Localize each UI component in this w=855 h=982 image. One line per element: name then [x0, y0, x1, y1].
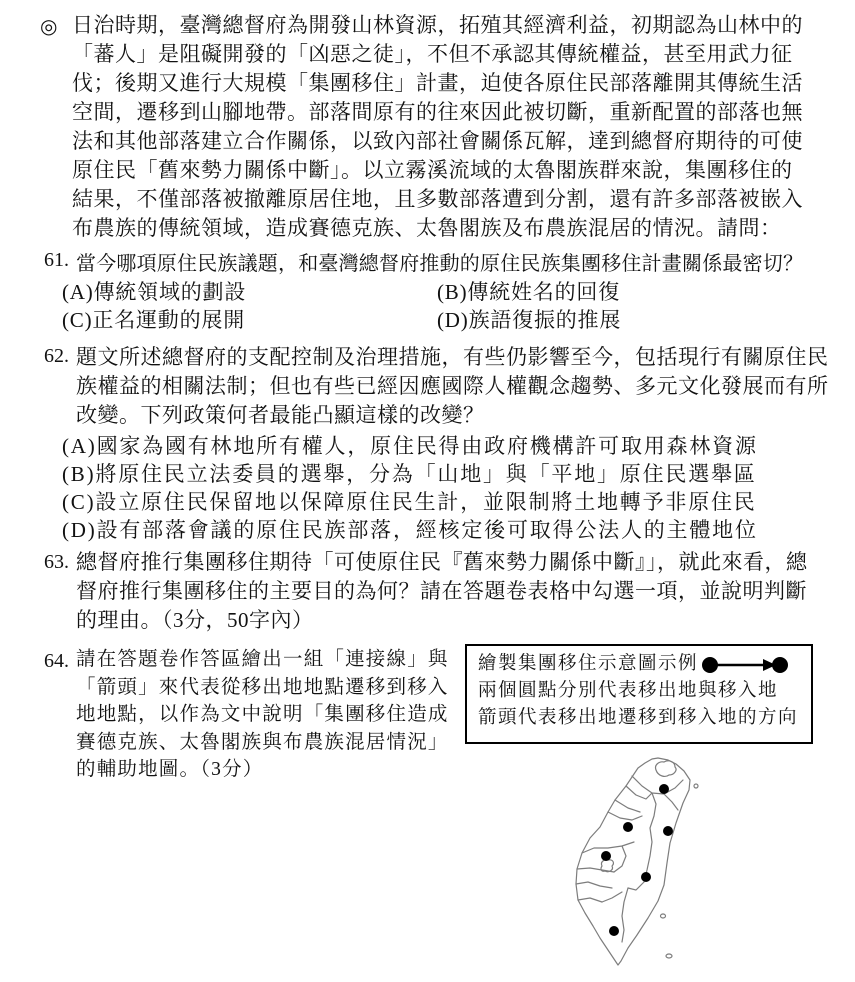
origin-dot-icon — [702, 657, 718, 673]
map-dot — [659, 784, 669, 794]
example-box-line: 箭頭代表移出地遷移到移入地的方向 — [478, 705, 811, 732]
question-stem-63: 總督府推行集團移住期待「可使原住民『舊來勢力關係中斷』」，就此來看，總 督府推行… — [76, 548, 808, 635]
option-label: (A) — [62, 280, 94, 304]
option-62-d: (D)設有部落會議的原住民族部落，經核定後可取得公法人的主體地位 — [62, 516, 758, 544]
stem-line: 賽德克族、太魯閣族與布農族混居情況」 — [76, 729, 449, 757]
stem-line: 督府推行集團移住的主要目的為何？請在答題卷表格中勾選一項，並說明判斷 — [76, 577, 808, 606]
option-text: 族語復振的推展 — [469, 308, 622, 332]
options-62: (A)國家為國有林地所有權人，原住民得由政府機構許可取用森林資源 (B)將原住民… — [62, 432, 758, 544]
intro-line: 結果，不僅部落被撤離原居住地，且多數部落遭到分割，還有許多部落被嵌入 — [72, 185, 803, 214]
map-dot — [601, 851, 611, 861]
question-stem-61: 當今哪項原住民族議題，和臺灣總督府推動的原住民族集團移住計畫關係最密切？ — [76, 247, 803, 276]
stem-line: 請在答題卷作答區繪出一組「連接線」與 — [76, 646, 449, 674]
stem-line: 改變。下列政策何者最能凸顯這樣的改變？ — [76, 401, 829, 430]
question-stem-64: 請在答題卷作答區繪出一組「連接線」與 「箭頭」來代表從移出地地點遷移到移入 地地… — [76, 646, 449, 784]
intro-line: 原住民「舊來勢力關係中斷」。以立霧溪流域的太魯閣族群來說，集團移住的 — [72, 156, 803, 185]
intro-paragraph: 日治時期，臺灣總督府為開發山林資源，拓殖其經濟利益，初期認為山林中的 「蕃人」是… — [72, 11, 803, 243]
option-text: 設立原住民保留地以保障原住民生計，並限制將土地轉予非原住民 — [95, 490, 756, 514]
map-dot — [663, 826, 673, 836]
map-dot — [623, 822, 633, 832]
option-label: (A) — [62, 434, 97, 458]
option-text: 傳統領域的劃設 — [94, 280, 247, 304]
stem-line: 的理由。（3分，50字內） — [76, 606, 808, 635]
option-62-a: (A)國家為國有林地所有權人，原住民得由政府機構許可取用森林資源 — [62, 432, 758, 460]
migration-arrow-example-icon — [701, 655, 789, 675]
option-text: 設有部落會議的原住民族部落，經核定後可取得公法人的主體地位 — [97, 518, 758, 542]
option-62-c: (C)設立原住民保留地以保障原住民生計，並限制將土地轉予非原住民 — [62, 488, 758, 516]
option-text: 傳統姓名的回復 — [467, 280, 620, 304]
question-number-62: 62. — [44, 345, 69, 368]
example-box-text: 繪製集團移住示意圖示例 — [478, 651, 698, 678]
option-text: 國家為國有林地所有權人，原住民得由政府機構許可取用森林資源 — [97, 434, 758, 458]
example-box-text: 兩個圓點分別代表移出地與移入地 — [478, 678, 778, 705]
question-stem-62: 題文所述總督府的支配控制及治理措施，有些仍影響至今，包括現行有關原住民 族權益的… — [76, 343, 829, 430]
exam-page: ◎ 日治時期，臺灣總督府為開發山林資源，拓殖其經濟利益，初期認為山林中的 「蕃人… — [0, 0, 855, 982]
county-boundaries — [576, 776, 683, 942]
stem-line: 的輔助地圖。（3分） — [76, 756, 449, 784]
taipei-basin-boundary — [656, 761, 676, 777]
option-text: 將原住民立法委員的選舉，分為「山地」與「平地」原住民選舉區 — [95, 462, 756, 486]
option-label: (D) — [437, 308, 469, 332]
taiwan-map — [566, 750, 708, 980]
stem-line: 地地點，以作為文中說明「集團移住造成 — [76, 701, 449, 729]
option-label: (B) — [437, 280, 467, 304]
option-label: (C) — [62, 308, 92, 332]
option-61-a: (A)傳統領域的劃設 — [62, 276, 246, 306]
example-box-text: 箭頭代表移出地遷移到移入地的方向 — [478, 705, 798, 732]
option-label: (C) — [62, 490, 95, 514]
stem-line: 「箭頭」來代表從移出地地點遷移到移入 — [76, 674, 449, 702]
example-box-line: 繪製集團移住示意圖示例 — [478, 651, 811, 678]
intro-line: 日治時期，臺灣總督府為開發山林資源，拓殖其經濟利益，初期認為山林中的 — [72, 11, 803, 40]
option-61-d: (D)族語復振的推展 — [437, 304, 621, 334]
map-dot — [641, 872, 651, 882]
option-text: 正名運動的展開 — [92, 308, 245, 332]
option-label: (B) — [62, 462, 95, 486]
question-number-63: 63. — [44, 551, 69, 574]
map-dot — [609, 926, 619, 936]
question-number-64: 64. — [44, 650, 69, 673]
stem-line: 題文所述總督府的支配控制及治理措施，有些仍影響至今，包括現行有關原住民 — [76, 343, 829, 372]
intro-line: 空間，遷移到山腳地帶。部落間原有的往來因此被切斷，重新配置的部落也無 — [72, 98, 803, 127]
paragraph-marker: ◎ — [40, 14, 57, 39]
question-number-61: 61. — [44, 249, 69, 272]
stem-line: 總督府推行集團移住期待「可使原住民『舊來勢力關係中斷』」，就此來看，總 — [76, 548, 808, 577]
intro-line: 布農族的傳統領域，造成賽德克族、太魯閣族及布農族混居的情況。請問： — [72, 214, 803, 243]
example-box-line: 兩個圓點分別代表移出地與移入地 — [478, 678, 811, 705]
intro-line: 「蕃人」是阻礙開發的「凶惡之徒」，不但不承認其傳統權益，甚至用武力征 — [72, 40, 803, 69]
destination-dot-icon — [772, 657, 788, 673]
stem-line: 族權益的相關法制；但也有些已經因應國際人權觀念趨勢、多元文化發展而有所 — [76, 372, 829, 401]
option-62-b: (B)將原住民立法委員的選舉，分為「山地」與「平地」原住民選舉區 — [62, 460, 758, 488]
option-61-b: (B)傳統姓名的回復 — [437, 276, 620, 306]
option-61-c: (C)正名運動的展開 — [62, 304, 245, 334]
migration-example-box: 繪製集團移住示意圖示例 兩個圓點分別代表移出地與移入地 箭頭代表移出地遷移到移入… — [465, 644, 813, 744]
intro-line: 伐；後期又進行大規模「集團移住」計畫，迫使各原住民部落離開其傳統生活 — [72, 69, 803, 98]
option-label: (D) — [62, 518, 97, 542]
intro-line: 法和其他部落建立合作關係，以致內部社會關係瓦解，達到總督府期待的可使 — [72, 127, 803, 156]
